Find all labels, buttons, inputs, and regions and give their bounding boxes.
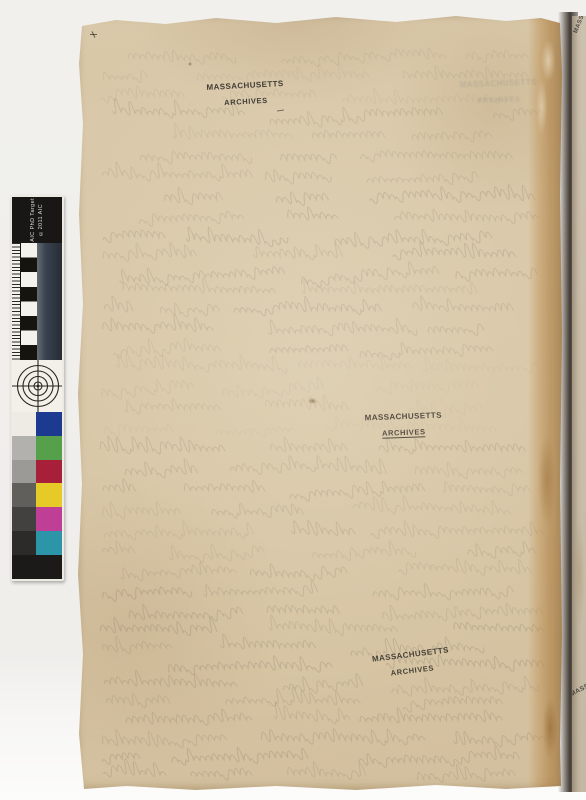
stamp-line2: ARCHIVES xyxy=(224,97,268,108)
gray-patch-2 xyxy=(12,436,36,460)
bullseye-icon xyxy=(12,360,62,412)
ghost-stamp-transfer: MASSACHUSETTS ARCHIVES xyxy=(460,79,538,109)
stain-speck xyxy=(308,398,317,404)
color-patch-crimson xyxy=(36,460,62,484)
gray-patch-3 xyxy=(12,460,36,484)
target-title: AIC PhD Target xyxy=(30,198,36,242)
color-patch-teal xyxy=(36,531,62,555)
target-black-footer xyxy=(12,555,62,579)
page-edge-vignette xyxy=(76,14,562,790)
color-patch-magenta xyxy=(36,507,62,531)
stamp-line2: ARCHIVES xyxy=(382,428,426,439)
target-header: AIC PhD Target ©2011 AIC xyxy=(12,197,62,243)
gray-patch-6 xyxy=(12,531,36,555)
ruler-checker xyxy=(20,243,37,360)
calibration-target: AIC PhD Target ©2011 AIC xyxy=(11,195,64,581)
target-copyright: ©2011 AIC xyxy=(38,204,44,236)
glossy-strip xyxy=(37,243,62,360)
color-patch-blue xyxy=(36,412,62,436)
archives-stamp-top: MASSACHUSETTS ARCHIVES xyxy=(206,80,285,111)
sliver-archives-stamp-top: MASSACHUSETTS ARCHIVES xyxy=(573,16,586,41)
target-bullseye xyxy=(12,360,62,412)
color-patch-green xyxy=(36,436,62,460)
color-patch-yellow xyxy=(36,483,62,507)
manuscript-page: MASSACHUSETTS ARCHIVES MASSACHUSETTS ARC… xyxy=(76,14,562,790)
ruler-ticks xyxy=(12,243,20,360)
scan-canvas: { "scan": { "description": "Scanned aged… xyxy=(0,0,586,800)
archives-stamp-middle: MASSACHUSETTS ARCHIVES xyxy=(365,412,443,442)
gray-patch-1 xyxy=(12,412,36,436)
stamp-line1: MASSACHUSETTS xyxy=(572,662,586,698)
stamp-line2: ARCHIVES xyxy=(390,664,434,678)
sliver-archives-stamp-bottom: MASSACHUSETTS ARCHIVES xyxy=(572,662,586,714)
next-page-sliver: MASSACHUSETTS ARCHIVES MASSACHUSETTS ARC… xyxy=(572,16,586,792)
stamp-line1: MASSACHUSETTS xyxy=(365,412,442,424)
stamp-line1: MASSACHUSETTS xyxy=(573,16,586,35)
stamp-line1: MASSACHUSETTS xyxy=(206,80,284,93)
target-ruler-section xyxy=(12,243,62,360)
target-patch-grid xyxy=(12,412,62,555)
gray-patch-5 xyxy=(12,507,36,531)
pen-mark xyxy=(90,32,97,38)
stain-speck xyxy=(188,62,192,66)
gray-patch-4 xyxy=(12,483,36,507)
